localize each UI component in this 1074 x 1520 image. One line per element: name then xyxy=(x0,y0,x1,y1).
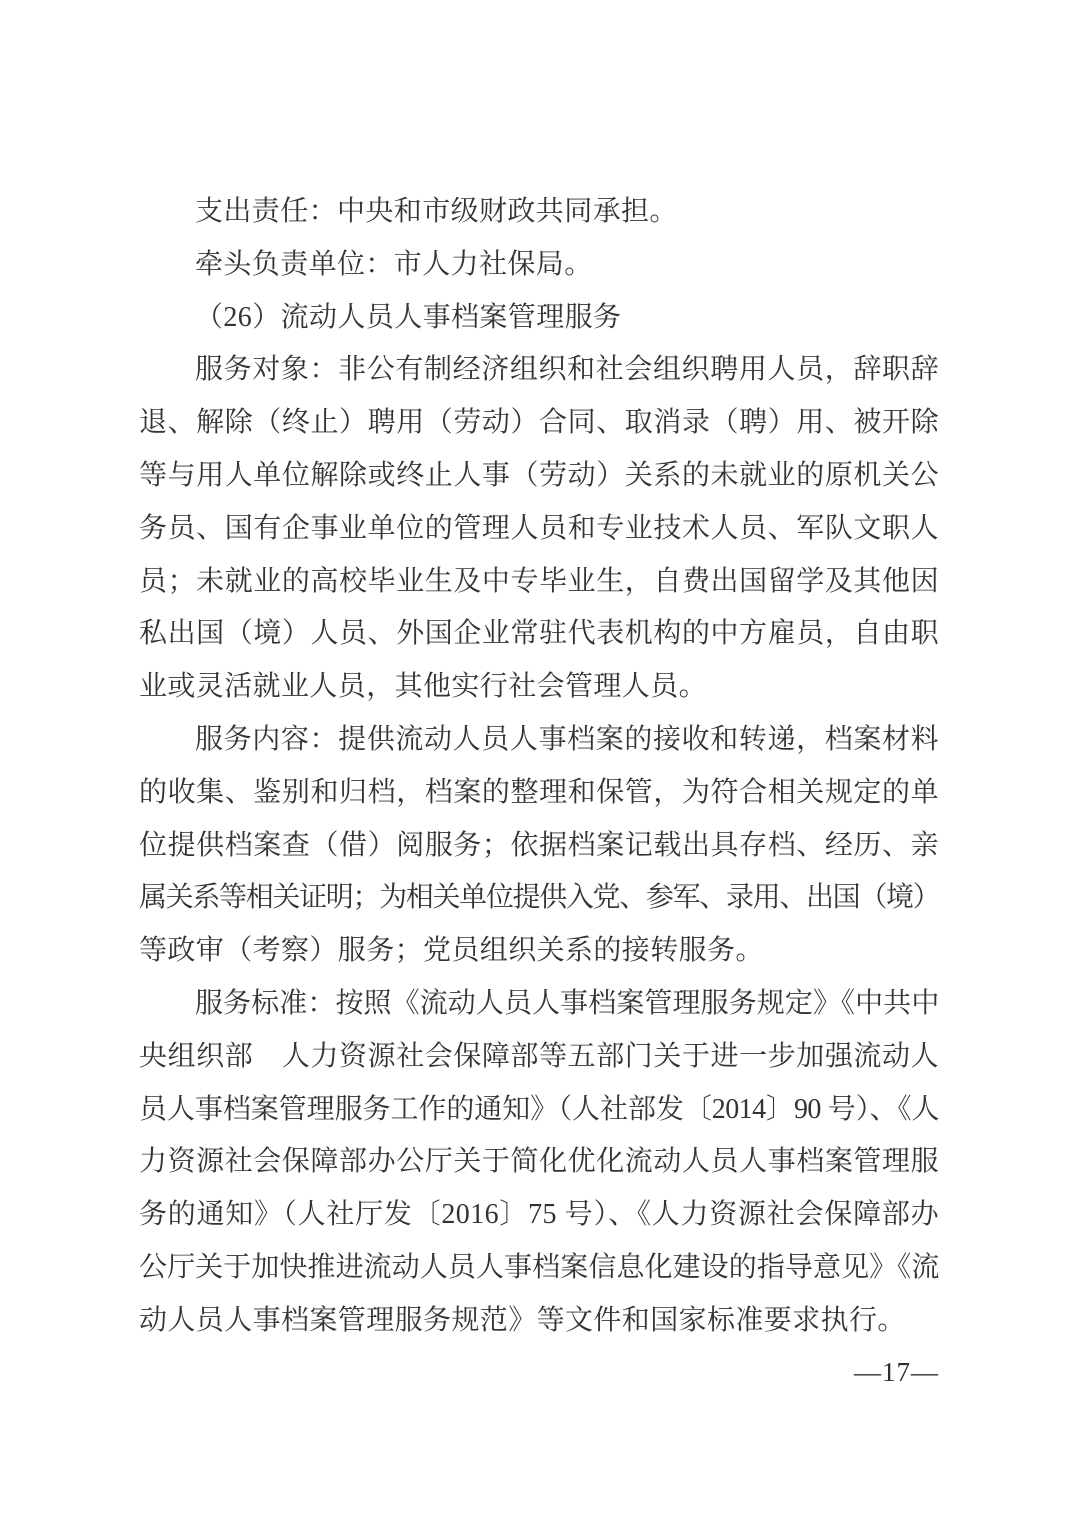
text-line: 等与用人单位解除或终止人事（劳动）关系的未就业的原机关公 xyxy=(139,450,939,503)
text-line: 牵头负责单位：市人力社保局。 xyxy=(139,239,939,292)
text-line: 务员、国有企事业单位的管理人员和专业技术人员、军队文职人 xyxy=(139,503,939,556)
document-body: 支出责任：中央和市级财政共同承担。牵头负责单位：市人力社保局。（26）流动人员人… xyxy=(139,186,939,1348)
text-line: 的收集、鉴别和归档，档案的整理和保管，为符合相关规定的单 xyxy=(139,767,939,820)
text-line: 等政审（考察）服务；党员组织关系的接转服务。 xyxy=(139,925,939,978)
text-line: 员；未就业的高校毕业生及中专毕业生，自费出国留学及其他因 xyxy=(139,556,939,609)
text-line: 务的通知》（人社厅发〔2016〕75 号）、《人力资源社会保障部办 xyxy=(139,1189,939,1242)
para-service-content: 服务内容：提供流动人员人事档案的接收和转递，档案材料的收集、鉴别和归档，档案的整… xyxy=(139,714,939,978)
text-line: 动人员人事档案管理服务规范》等文件和国家标准要求执行。 xyxy=(139,1295,939,1348)
text-line: 支出责任：中央和市级财政共同承担。 xyxy=(139,186,939,239)
text-line: （26）流动人员人事档案管理服务 xyxy=(139,292,939,345)
text-line: 业或灵活就业人员，其他实行社会管理人员。 xyxy=(139,661,939,714)
text-line: 力资源社会保障部办公厅关于简化优化流动人员人事档案管理服 xyxy=(139,1136,939,1189)
document-page: 支出责任：中央和市级财政共同承担。牵头负责单位：市人力社保局。（26）流动人员人… xyxy=(0,0,1074,1520)
para-lead-unit: 牵头负责单位：市人力社保局。 xyxy=(139,239,939,292)
text-line: 服务对象：非公有制经济组织和社会组织聘用人员，辞职辞 xyxy=(139,344,939,397)
text-line: 员人事档案管理服务工作的通知》（人社部发〔2014〕90 号）、《人 xyxy=(139,1084,939,1137)
page-number: —17— xyxy=(139,1352,939,1392)
text-line: 央组织部 人力资源社会保障部等五部门关于进一步加强流动人 xyxy=(139,1031,939,1084)
text-line: 公厅关于加快推进流动人员人事档案信息化建设的指导意见》《流 xyxy=(139,1242,939,1295)
para-service-target: 服务对象：非公有制经济组织和社会组织聘用人员，辞职辞退、解除（终止）聘用（劳动）… xyxy=(139,344,939,714)
text-line: 服务内容：提供流动人员人事档案的接收和转递，档案材料 xyxy=(139,714,939,767)
para-item26-heading: （26）流动人员人事档案管理服务 xyxy=(139,292,939,345)
para-expenditure-responsibility: 支出责任：中央和市级财政共同承担。 xyxy=(139,186,939,239)
text-line: 位提供档案查（借）阅服务；依据档案记载出具存档、经历、亲 xyxy=(139,820,939,873)
text-line: 退、解除（终止）聘用（劳动）合同、取消录（聘）用、被开除 xyxy=(139,397,939,450)
text-line: 属关系等相关证明；为相关单位提供入党、参军、录用、出国（境） xyxy=(139,872,939,925)
para-service-standard: 服务标准：按照《流动人员人事档案管理服务规定》《中共中央组织部 人力资源社会保障… xyxy=(139,978,939,1348)
text-line: 服务标准：按照《流动人员人事档案管理服务规定》《中共中 xyxy=(139,978,939,1031)
text-line: 私出国（境）人员、外国企业常驻代表机构的中方雇员，自由职 xyxy=(139,608,939,661)
